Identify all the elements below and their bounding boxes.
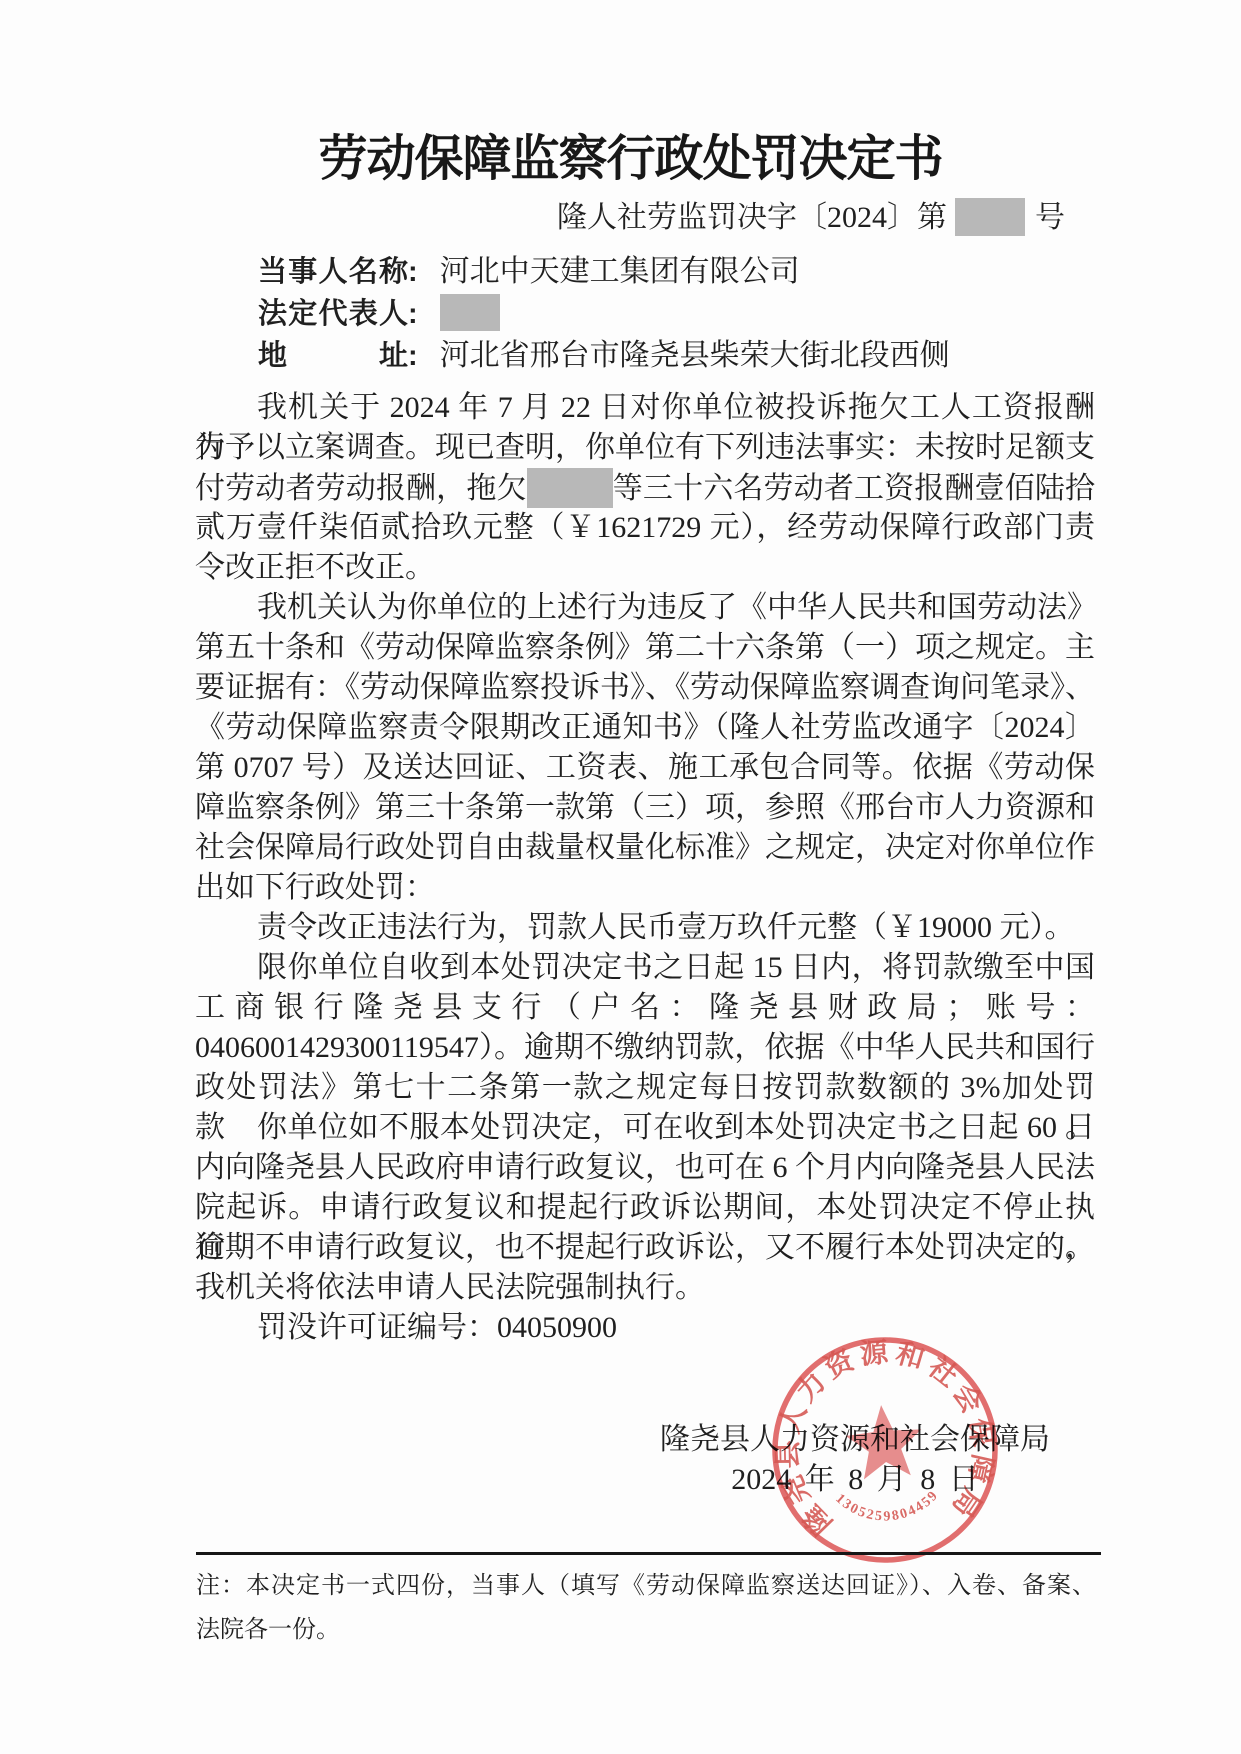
body-line: 第五十条和《劳动保障监察条例》第二十六条第（一）项之规定。主 bbox=[195, 628, 1095, 668]
redaction-box-worker-names bbox=[527, 468, 613, 508]
body-line-text: 等三十六名劳动者工资报酬壹佰陆拾 bbox=[613, 472, 1095, 505]
document-number-prefix: 隆人社劳监罚决字〔2024〕第 bbox=[557, 201, 947, 234]
svg-text:1305259804459: 1305259804459 bbox=[831, 1483, 944, 1530]
body-line: 我机关将依法申请人民法院强制执行。 bbox=[195, 1268, 1095, 1308]
body-line: 限你单位自收到本处罚决定书之日起 15 日内，将罚款缴至中国 bbox=[195, 948, 1095, 988]
body-line: 为予以立案调查。现已查明，你单位有下列违法事实：未按时足额支 bbox=[195, 428, 1095, 468]
party-name-row: 当事人名称:河北中天建工集团有限公司 bbox=[258, 252, 1098, 292]
address-colon: : bbox=[408, 340, 418, 372]
body-line: 内向隆尧县人民政府申请行政复议，也可在 6 个月内向隆尧县人民法 bbox=[195, 1148, 1095, 1188]
document-number-suffix: 号 bbox=[1035, 201, 1065, 234]
seal-code: 1305259804459 bbox=[831, 1483, 944, 1530]
document-title: 劳动保障监察行政处罚决定书 bbox=[10, 124, 1241, 194]
body-line: 令改正拒不改正。 bbox=[195, 548, 1095, 588]
legal-rep-colon: : bbox=[408, 298, 418, 330]
address-value: 河北省邢台市隆尧县柴荣大街北段西侧 bbox=[440, 339, 950, 372]
body-line: 社会保障局行政处罚自由裁量权量化标准》之规定，决定对你单位作 bbox=[195, 828, 1095, 868]
bank-account-line: 工商银行隆尧县支行（户名：隆尧县财政局；账号： bbox=[195, 988, 1095, 1028]
body-line: 《劳动保障监察责令限期改正通知书》（隆人社劳监改通字〔2024〕 bbox=[195, 708, 1095, 748]
party-name-value: 河北中天建工集团有限公司 bbox=[440, 255, 800, 288]
body-line: 第 0707 号）及送达回证、工资表、施工承包合同等。依据《劳动保 bbox=[195, 748, 1095, 788]
redaction-box-doc-number bbox=[955, 198, 1025, 236]
body-line: 付劳动者劳动报酬，拖欠等三十六名劳动者工资报酬壹佰陆拾 bbox=[195, 468, 1095, 509]
address-label: 地址 bbox=[258, 336, 408, 376]
official-red-seal: 隆尧县人力资源和社会保障局 1305259804459 bbox=[763, 1328, 1008, 1573]
footnote-line: 注：本决定书一式四份，当事人（填写《劳动保障监察送达回证》）、入卷、备案、 bbox=[196, 1566, 1096, 1606]
body-line: 逾期不申请行政复议，也不提起行政诉讼，又不履行本处罚决定的， bbox=[195, 1228, 1095, 1268]
party-name-colon: : bbox=[408, 256, 418, 288]
body-line-text: 付劳动者劳动报酬，拖欠 bbox=[195, 472, 527, 505]
body-line: 我机关认为你单位的上述行为违反了《中华人民共和国劳动法》 bbox=[195, 588, 1095, 628]
body-line: 你单位如不服本处罚决定，可在收到本处罚决定书之日起 60 日 bbox=[195, 1108, 1095, 1148]
footer-divider-line bbox=[196, 1552, 1101, 1555]
party-name-label: 当事人名称 bbox=[258, 252, 408, 292]
account-number-line: 0406001429300119547）。逾期不缴纳罚款，依据《中华人民共和国行 bbox=[195, 1028, 1095, 1068]
penalty-decision-line: 责令改正违法行为，罚款人民币壹万玖仟元整（￥19000 元）。 bbox=[195, 908, 1095, 948]
legal-rep-label: 法定代表人 bbox=[258, 294, 408, 334]
address-row: 地址:河北省邢台市隆尧县柴荣大街北段西侧 bbox=[258, 336, 1098, 376]
body-line: 要证据有：《劳动保障监察投诉书》、《劳动保障监察调查询问笔录》、 bbox=[195, 668, 1095, 708]
body-line: 贰万壹仟柒佰贰拾玖元整（￥1621729 元），经劳动保障行政部门责 bbox=[195, 508, 1095, 548]
redaction-box-legal-rep bbox=[440, 294, 500, 331]
legal-rep-row: 法定代表人: bbox=[258, 294, 1098, 334]
seal-star-icon bbox=[843, 1402, 925, 1481]
body-line: 出如下行政处罚： bbox=[195, 868, 1095, 908]
footnote-line: 法院各一份。 bbox=[196, 1610, 1096, 1650]
document-number-line: 隆人社劳监罚决字〔2024〕第号 bbox=[0, 197, 1065, 239]
body-line: 障监察条例》第三十条第一款第（三）项，参照《邢台市人力资源和 bbox=[195, 788, 1095, 828]
penalty-decision-document: 劳动保障监察行政处罚决定书 隆人社劳监罚决字〔2024〕第号 当事人名称:河北中… bbox=[0, 0, 1241, 1754]
